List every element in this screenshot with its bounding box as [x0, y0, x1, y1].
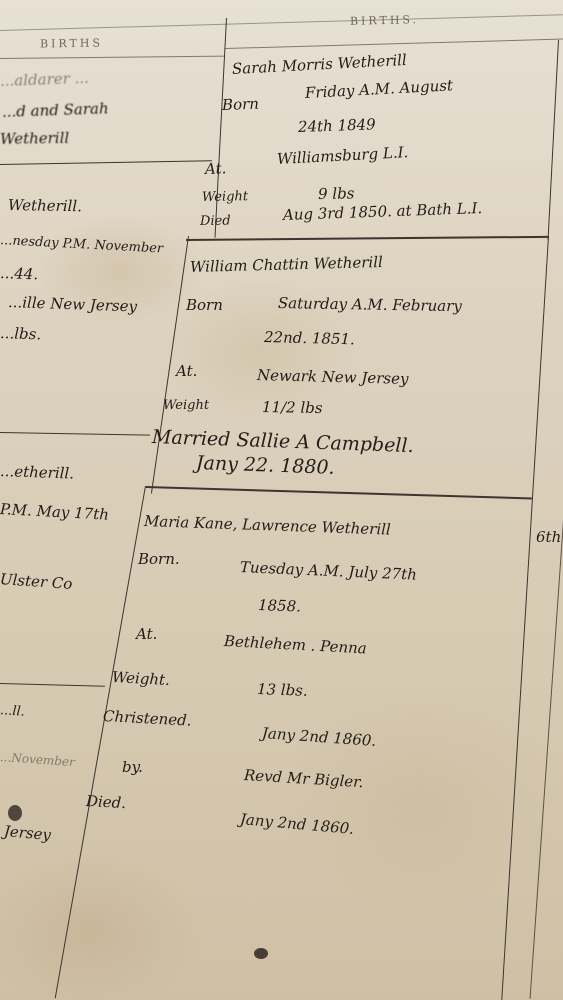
right-border-upper [548, 40, 559, 240]
entry1-name: Sarah Morris Wetherill [232, 51, 408, 78]
ledger-page: BIRTHS BIRTHS. ...aldarer ... ...d and S… [0, 0, 563, 1000]
entry1-at: Williamsburg L.I. [277, 143, 409, 168]
entry2-name: William Chattin Wetherill [190, 253, 383, 276]
entry2-at: Newark New Jersey [257, 366, 409, 388]
entry1-died: Aug 3rd 1850. at Bath L.I. [283, 199, 483, 224]
top-rule [0, 14, 563, 31]
row-rule-left-1 [0, 160, 212, 165]
entry3-weight: 13 lbs. [257, 680, 308, 700]
entry2-married: Married Sallie A Campbell. [152, 426, 414, 457]
births-header-right: BIRTHS. [350, 13, 419, 28]
ink-blot-left [8, 805, 22, 821]
ink-spot-bottom [254, 948, 268, 959]
margin-order-note: 6th [536, 528, 561, 546]
right-border [501, 236, 549, 1000]
entry3-christened-label: Christened. [103, 707, 192, 730]
row-rule-left-2 [0, 432, 150, 436]
header-rule-left [0, 56, 225, 59]
left-entry1-line3: Wetherill [0, 129, 69, 148]
entry2-weight-label: Weight [163, 398, 209, 413]
left-entry2-born: ...nesday P.M. November [0, 233, 163, 257]
entry3-died: Jany 2nd 1860. [239, 810, 355, 838]
entry2-married-date: Jany 22. 1880. [196, 452, 335, 479]
entry2-born: Saturday A.M. February [278, 294, 462, 315]
left-entry3-at: Ulster Co [0, 570, 73, 593]
left-entry1-line2: ...d and Sarah [2, 99, 109, 121]
column-divider-lower [55, 486, 146, 998]
left-entry2-year: ...44. [0, 264, 38, 283]
entry3-at: Bethlehem . Penna [224, 632, 368, 657]
entry3-died-label: Died. [86, 792, 127, 812]
entry3-christened: Jany 2nd 1860. [261, 724, 376, 750]
entry1-weight-label: Weight [202, 189, 248, 205]
row-rule-right-1 [186, 236, 548, 241]
entry2-at-label: At. [176, 362, 197, 380]
entry2-born-date: 22nd. 1851. [264, 328, 355, 348]
entry1-born-date: 24th 1849 [298, 115, 376, 136]
entry1-weight: 9 lbs [318, 184, 355, 203]
row-rule-right-2 [146, 486, 532, 499]
entry1-at-label: At. [205, 159, 227, 178]
left-entry3-name: ...etherill. [0, 462, 74, 483]
header-rule-right [225, 39, 563, 49]
left-entry4-name: ...ll. [0, 703, 25, 720]
left-entry4-at: Jersey [3, 822, 51, 844]
entry1-born-label: Born [222, 95, 259, 114]
entry3-born-label: Born. [138, 550, 180, 568]
entry3-born: Tuesday A.M. July 27th [240, 558, 418, 584]
entry1-born: Friday A.M. August [305, 76, 454, 102]
left-entry2-name: Wetherill. [8, 196, 82, 215]
left-entry2-at: ...ille New Jersey [8, 293, 138, 315]
column-divider-upper [214, 18, 227, 238]
entry3-by-label: by. [122, 758, 143, 776]
entry3-at-label: At. [136, 625, 157, 643]
left-entry3-born: P.M. May 17th [0, 500, 109, 524]
entry1-died-label: Died [200, 213, 231, 229]
entry2-weight: 11/2 lbs [262, 398, 323, 417]
left-entry4-born: ...November [0, 750, 75, 769]
left-entry2-weight: ...lbs. [0, 324, 41, 343]
entry3-by: Revd Mr Bigler. [243, 766, 364, 791]
entry3-born-date: 1858. [258, 596, 302, 615]
births-header-left: BIRTHS [40, 36, 103, 50]
entry3-name: Maria Kane, Lawrence Wetherill [144, 512, 391, 539]
far-right-border [530, 520, 563, 999]
entry2-born-label: Born [186, 296, 223, 314]
entry3-weight-label: Weight. [112, 668, 171, 689]
left-entry1-line1: ...aldarer ... [0, 69, 89, 90]
row-rule-left-3 [0, 683, 105, 687]
